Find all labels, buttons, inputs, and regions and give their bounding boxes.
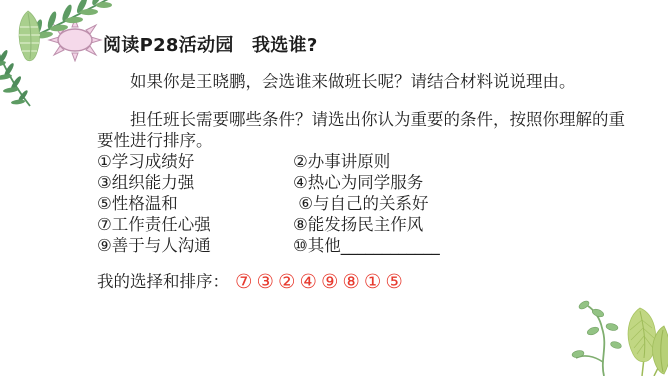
answer-line: 我的选择和排序： ⑦③②④⑨⑧①⑤	[97, 271, 663, 292]
slide-title: 阅读P28活动园 我选谁?	[103, 31, 318, 57]
sprig-plant-icon	[570, 298, 632, 376]
answer-item: ⑤	[385, 270, 402, 293]
option-5: ⑤性格温和	[97, 193, 293, 214]
option-8: ⑧能发扬民主作风	[293, 214, 423, 235]
option-6: ⑥与自己的关系好	[293, 193, 429, 214]
option-1: ①学习成绩好	[97, 151, 293, 172]
answer-item: ②	[278, 270, 295, 293]
presentation-slide: 阅读P28活动园 我选谁? 如果你是王晓鹏，会选谁来做班长呢？请结合材料说说理由…	[0, 0, 668, 376]
answer-sequence: ⑦③②④⑨⑧①⑤	[235, 271, 407, 292]
paragraph-conditions-line2: 要性进行排序。	[97, 130, 663, 151]
content-block: 如果你是王晓鹏，会选谁来做班长呢？请结合材料说说理由。 担任班长需要哪些条件？请…	[97, 71, 663, 292]
answer-item: ⑧	[342, 270, 359, 293]
paragraph-question: 如果你是王晓鹏，会选谁来做班长呢？请结合材料说说理由。	[97, 71, 663, 92]
answer-item: ③	[256, 270, 273, 293]
answer-item: ⑨	[321, 270, 338, 293]
options-row: ⑨善于与人沟通 ⑩其他____________	[97, 235, 663, 256]
broad-leaf-plant-icon	[618, 306, 668, 376]
answer-item: ①	[364, 270, 381, 293]
options-list: ①学习成绩好 ②办事讲原则 ③组织能力强 ④热心为同学服务 ⑤性格温和 ⑥与自己…	[97, 151, 663, 256]
option-4: ④热心为同学服务	[293, 172, 423, 193]
paragraph-conditions-line1: 担任班长需要哪些条件？请选出你认为重要的条件，按照你理解的重	[97, 109, 663, 130]
fern-left-edge-icon	[0, 44, 32, 108]
sun-icon	[46, 18, 104, 62]
option-7: ⑦工作责任心强	[97, 214, 293, 235]
option-2: ②办事讲原则	[293, 151, 390, 172]
options-row: ⑤性格温和 ⑥与自己的关系好	[97, 193, 663, 214]
options-row: ⑦工作责任心强 ⑧能发扬民主作风	[97, 214, 663, 235]
options-row: ③组织能力强 ④热心为同学服务	[97, 172, 663, 193]
option-3: ③组织能力强	[97, 172, 293, 193]
answer-item: ④	[299, 270, 316, 293]
answer-item: ⑦	[235, 270, 252, 293]
options-row: ①学习成绩好 ②办事讲原则	[97, 151, 663, 172]
option-10: ⑩其他____________	[293, 235, 440, 256]
watercolor-leaf-icon	[13, 9, 45, 65]
answer-label: 我的选择和排序：	[97, 271, 229, 292]
option-9: ⑨善于与人沟通	[97, 235, 293, 256]
